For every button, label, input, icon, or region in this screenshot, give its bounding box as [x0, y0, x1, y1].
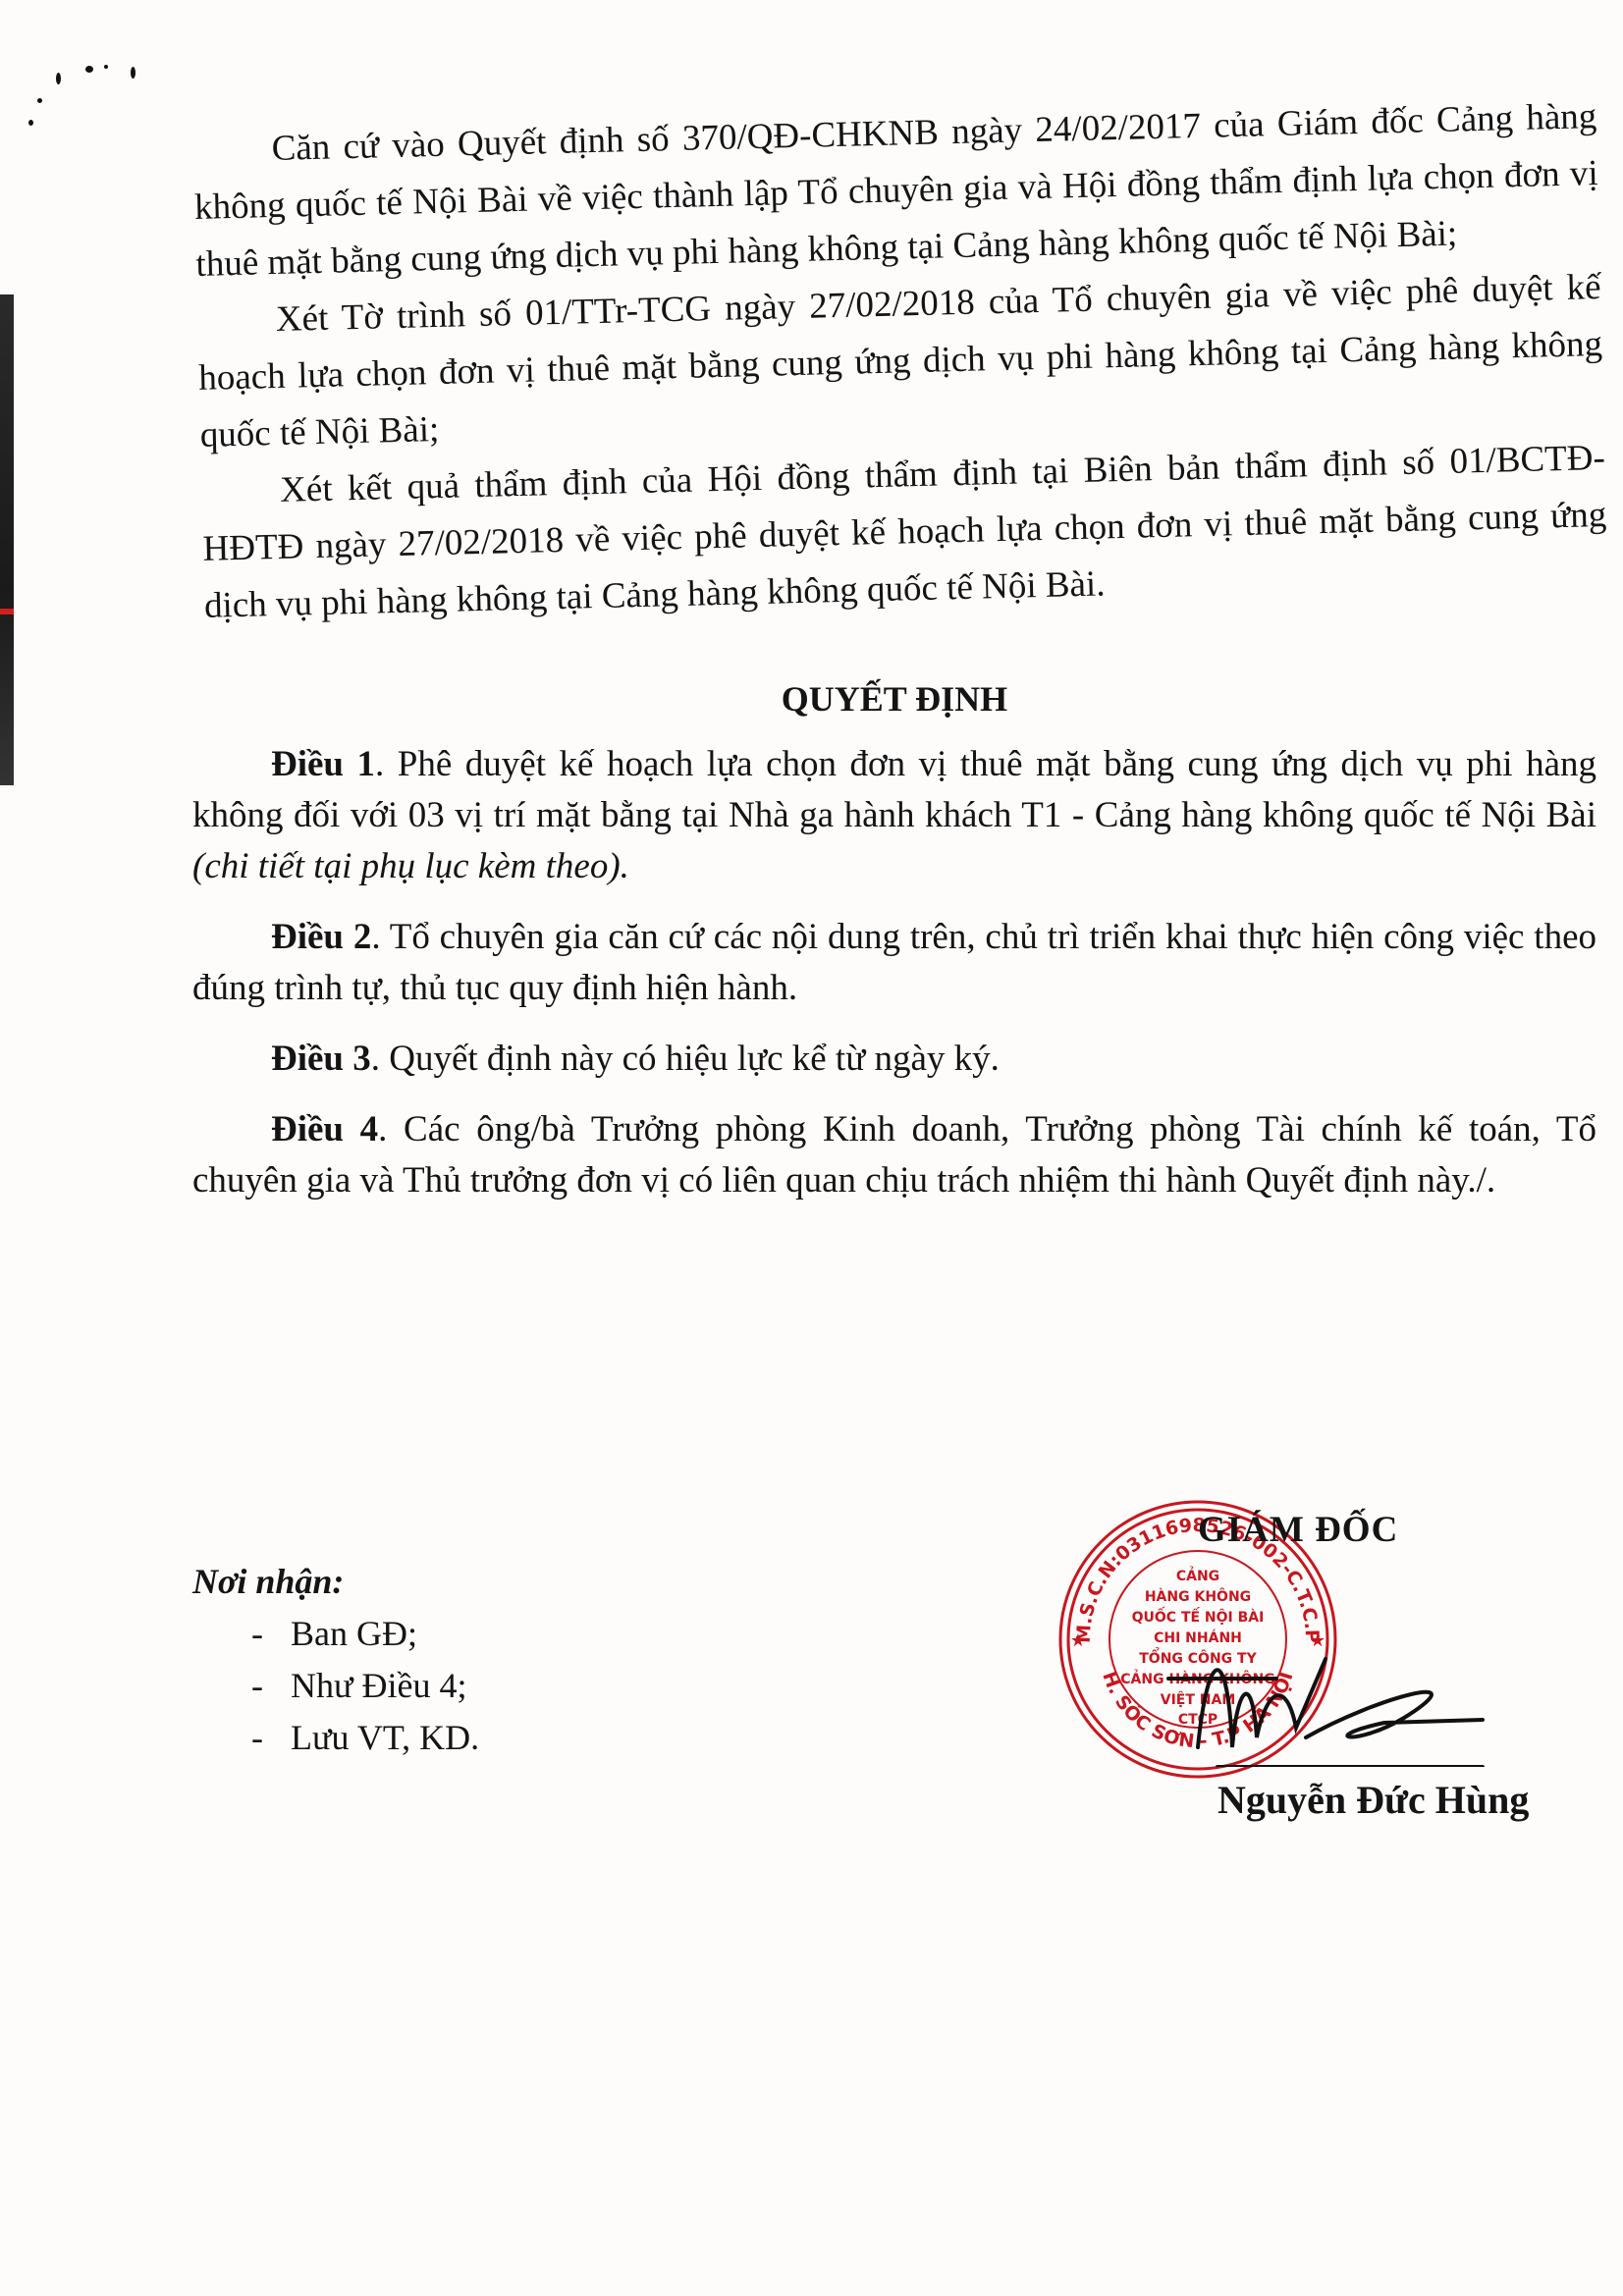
recipients-list: Ban GĐ; Như Điều 4; Lưu VT, KD.	[192, 1608, 479, 1764]
article-2: Điều 2. Tổ chuyên gia căn cứ các nội dun…	[192, 912, 1596, 1014]
article-note: (chi tiết tại phụ lục kèm theo).	[192, 846, 629, 886]
article-label: Điều 2	[271, 917, 371, 957]
scan-edge-artifact-red	[0, 609, 14, 614]
recipient-item: Như Điều 4;	[251, 1660, 479, 1712]
preamble-paragraph: Xét kết quả thẩm định của Hội đồng thẩm …	[201, 430, 1609, 635]
document-page: Căn cứ vào Quyết định số 370/QĐ-CHKNB ng…	[0, 0, 1623, 2296]
preamble: Căn cứ vào Quyết định số 370/QĐ-CHKNB ng…	[192, 88, 1608, 635]
article-4: Điều 4. Các ông/bà Trưởng phòng Kinh doa…	[192, 1104, 1596, 1206]
article-text: . Phê duyệt kế hoạch lựa chọn đơn vị thu…	[192, 744, 1596, 835]
signature-title: GIÁM ĐỐC	[1198, 1509, 1398, 1551]
recipient-item: Ban GĐ;	[251, 1608, 479, 1660]
recipient-item: Lưu VT, KD.	[251, 1712, 479, 1764]
svg-text:QUỐC TẾ NỘI BÀI: QUỐC TẾ NỘI BÀI	[1132, 1606, 1265, 1626]
svg-text:CẢNG: CẢNG	[1176, 1566, 1219, 1584]
preamble-paragraph: Xét Tờ trình số 01/TTr-TCG ngày 27/02/20…	[196, 259, 1604, 464]
article-label: Điều 1	[271, 744, 375, 784]
article-text: . Quyết định này có hiệu lực kể từ ngày …	[371, 1039, 1000, 1079]
svg-text:★: ★	[1070, 1630, 1086, 1651]
article-3: Điều 3. Quyết định này có hiệu lực kể từ…	[192, 1034, 1596, 1085]
recipients-title: Nơi nhận:	[192, 1556, 479, 1608]
article-1: Điều 1. Phê duyệt kế hoạch lựa chọn đơn …	[192, 739, 1596, 892]
article-text: . Các ông/bà Trưởng phòng Kinh doanh, Tr…	[192, 1109, 1596, 1201]
article-text: . Tổ chuyên gia căn cứ các nội dung trên…	[192, 917, 1596, 1008]
signatory-name: Nguyễn Đức Hùng	[1217, 1777, 1529, 1823]
handwritten-signature-icon	[1159, 1629, 1512, 1767]
preamble-paragraph: Căn cứ vào Quyết định số 370/QĐ-CHKNB ng…	[192, 88, 1600, 294]
recipients-block: Nơi nhận: Ban GĐ; Như Điều 4; Lưu VT, KD…	[192, 1556, 479, 1764]
article-label: Điều 3	[271, 1039, 371, 1079]
decision-title: QUYẾT ĐỊNH	[192, 670, 1596, 727]
svg-text:HÀNG KHÔNG: HÀNG KHÔNG	[1145, 1587, 1251, 1605]
scan-edge-artifact	[0, 294, 14, 785]
document-body: Căn cứ vào Quyết định số 370/QĐ-CHKNB ng…	[192, 123, 1596, 1226]
article-label: Điều 4	[271, 1109, 378, 1149]
